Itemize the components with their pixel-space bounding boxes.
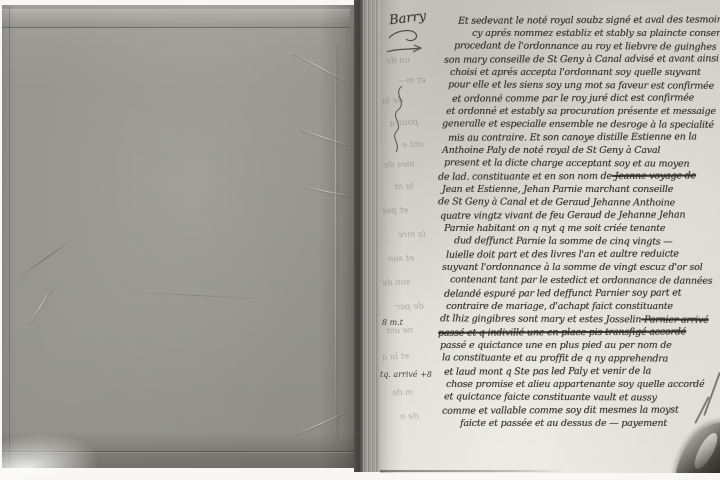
page-bottom-edge [380,470,567,472]
show-through-fragment: et son [388,254,414,265]
manuscript-line: choisi et aprés accepta l'ordonnant soy … [450,66,716,79]
manuscript-line: cy aprés nommez establiz et stably sa pl… [472,27,716,40]
crease [304,186,349,197]
show-through-fragment: et m— [398,76,426,87]
crease [122,291,272,300]
manuscript-line: quatre vingtz vivant de feu Geraud de Je… [440,208,716,222]
manuscript-line: comme et vallable comme soy dit mesmes l… [442,403,716,417]
show-through-fragment: et la q [382,352,409,363]
right-edge-crease [335,45,336,438]
show-through-fragment: et pse [382,206,408,217]
manuscript-line: son mary conseille de St Geny à Canal ad… [444,52,716,66]
manuscript-line: delandé espuré par led deffunct Parnier … [444,286,716,300]
manuscript-line: passé e quictance une en plus pied au pe… [440,339,716,352]
show-through-fragment: de par [396,302,424,313]
left-fold-line [9,7,11,468]
left-blank-page [2,5,354,468]
crease [299,129,349,146]
manuscript-line: Anthoine Paly de noté royal de St Geny à… [442,144,716,157]
crease [18,237,76,278]
show-through-fragment: ne ant [386,326,414,337]
show-through-fragment: la mre [398,230,426,241]
text-block: Et sedevant le noté royal soubz signé et… [438,14,716,430]
manuscript-line: et ordonné et estably sa procuration pré… [446,105,716,118]
show-through-fragment: mes de [384,159,415,170]
manuscript-line: mis au contraire. Et son canoye distille… [448,130,716,144]
crease [29,287,52,323]
crease [293,53,346,82]
margin-mark: tq. arrivé +8 [380,370,432,379]
manuscript-line: luielle doit part et des livres l'an et … [446,247,716,261]
show-through-fragment: la nt [394,182,414,193]
book-gutter [354,0,380,472]
manuscript-line: de lad. constituante et en son nom de Je… [438,169,716,183]
manuscript-line: et laud mont q Ste pas led Paly et venir… [444,364,716,378]
stacked-leaf-edges [363,0,380,472]
manuscript-line: passé et q indivillé une en place pis tr… [438,325,716,339]
manuscript-line: Jean et Estienne, Jehan Parnie marchant … [442,183,716,196]
show-through-fragment: ant e [402,140,424,151]
show-through-fragment: m de [392,388,414,399]
top-fold-band [2,9,350,28]
show-through-fragment: de la [382,96,403,107]
book-scan: Barry un deet m—de lapour qant emes dela… [0,0,720,480]
margin-mark: 8 m.t [382,318,403,327]
show-through-fragment: son de [382,278,410,289]
page-corner-curl [676,405,720,473]
manuscript-line: et ordonné comme par le roy juré dict es… [452,91,716,105]
manuscript-page: Barry un deet m—de lapour qant emes dela… [380,0,720,473]
show-through-fragment: un de [386,56,410,67]
show-through-fragment: de n [400,412,419,423]
manuscript-line: contraire de mariage, d'achapt faict con… [446,300,716,313]
manuscript-line: Parnie habitant on q nyt q me soit criée… [444,222,716,235]
show-through-fragment: pour q [390,118,419,129]
manuscript-line: suyvant l'ordonnance à la somme de vingt… [442,261,716,274]
manuscript-line: chose promise et alieu appartenante soy … [446,378,716,391]
manuscript-line: Et sedevant le noté royal soubz signé et… [458,13,716,27]
